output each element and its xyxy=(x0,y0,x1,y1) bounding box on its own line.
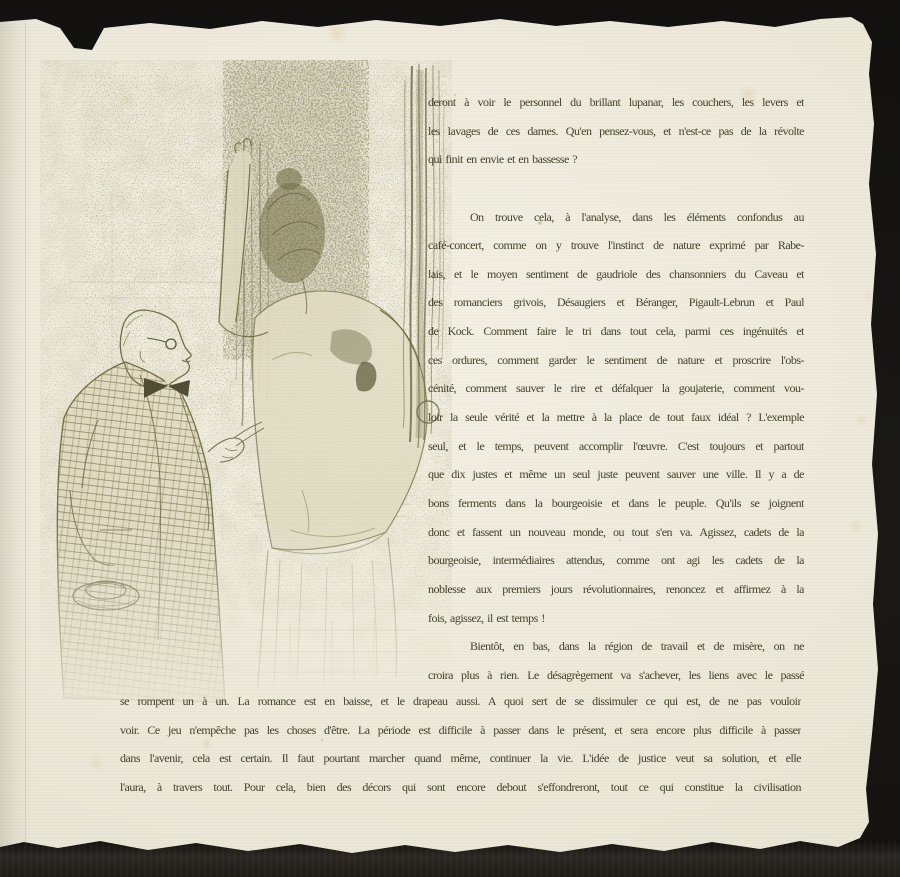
text-block-full-width: se rompent un à un. La romance est en ba… xyxy=(120,687,801,802)
text-line: croira plus à rien. Le désagrègement va … xyxy=(428,661,804,690)
text-line: l'aura, à travers tout. Pour cela, bien … xyxy=(120,773,801,802)
text-line: cénité, comment sauver le rire et défalq… xyxy=(428,374,804,403)
text-line: loir la seule vérité et la mettre à la p… xyxy=(428,403,804,432)
woman-hair xyxy=(259,183,325,283)
text-line: noblesse aux premiers jours révolutionna… xyxy=(428,575,804,604)
text-line: deront à voir le personnel du brillant l… xyxy=(428,88,804,117)
text-line: donc et fassent un nouveau monde, ou tou… xyxy=(428,518,804,547)
text-line: bons ferments dans la bourgeoisie et dan… xyxy=(428,489,804,518)
gutter-crease xyxy=(25,14,26,856)
text-line: les lavages de ces dames. Qu'en pensez-v… xyxy=(428,117,804,146)
text-line: voir. Ce jeu n'empêche pas les choses d'… xyxy=(120,716,801,745)
text-line: fois, agissez, il est temps ! xyxy=(428,604,804,633)
text-line: dans l'avenir, cela est certain. Il faut… xyxy=(120,744,801,773)
woman-hair-knot xyxy=(276,168,302,190)
book-photograph: deront à voir le personnel du brillant l… xyxy=(0,0,900,877)
text-line: bourgeoisie, intermédiaires attendus, co… xyxy=(428,546,804,575)
text-line: des romanciers grivois, Désaugiers et Bé… xyxy=(428,288,804,317)
text-line: se rompent un à un. La romance est en ba… xyxy=(120,687,801,716)
text-line: Bientôt, en bas, dans la région de trava… xyxy=(428,632,804,661)
text-line: de Kock. Comment faire le tri dans tout … xyxy=(428,317,804,346)
text-line: que dix justes et même un seul juste peu… xyxy=(428,460,804,489)
text-line: café-concert, comme on y trouve l'instin… xyxy=(428,231,804,260)
text-line: ces ordures, comment garder le sentiment… xyxy=(428,346,804,375)
lithograph-illustration xyxy=(40,60,452,715)
text-line: On trouve cela, à l'analyse, dans les él… xyxy=(428,203,804,232)
text-line: lais, et le moyen sentiment de gaudriole… xyxy=(428,260,804,289)
text-column: deront à voir le personnel du brillant l… xyxy=(428,88,804,689)
text-line: qui finit en envie et en bassesse ? xyxy=(428,145,804,174)
text-line: seul, et le temps, peuvent accomplir l'œ… xyxy=(428,432,804,461)
